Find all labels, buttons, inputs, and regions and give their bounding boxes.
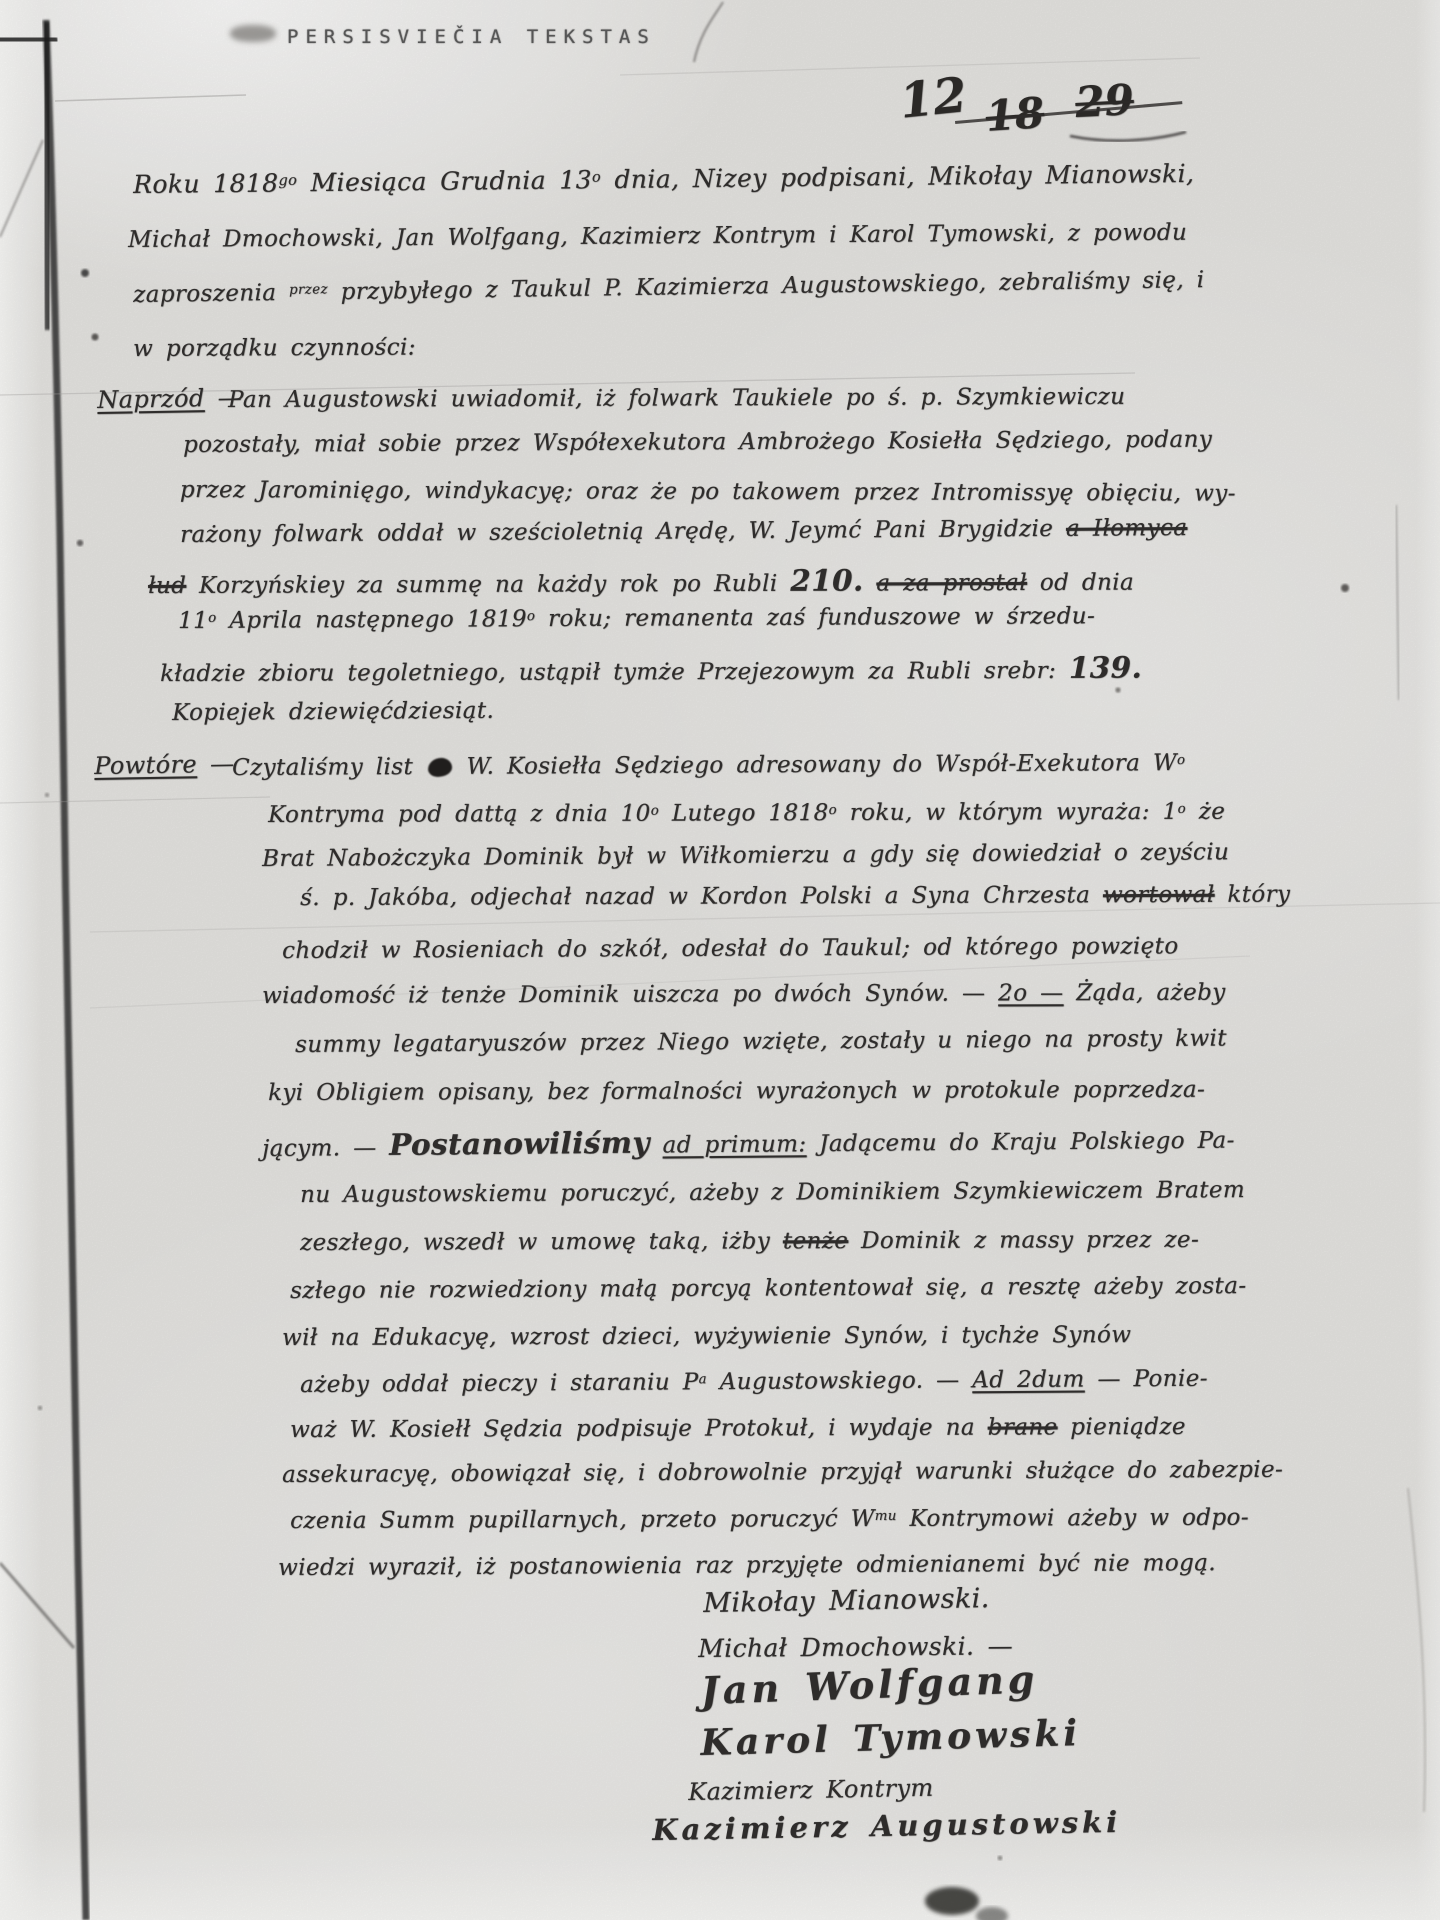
manuscript-line: kyi Obligiem opisany, bez formalności wy…	[268, 1077, 1205, 1106]
handwritten-text-segment: Lutego 1818	[659, 800, 829, 827]
manuscript-line: Kopiejek dziewięćdziesiąt.	[172, 698, 494, 726]
manuscript-line: Czytaliśmy list W. Kosiełła Sędziego adr…	[232, 750, 1185, 781]
manuscript-line: szłego nie rozwiedziony małą porcyą kont…	[290, 1273, 1247, 1304]
handwritten-text-segment: Kazimierz Augustowski	[652, 1805, 1121, 1847]
handwritten-text-segment: 139.	[1069, 650, 1142, 685]
handwritten-text-segment: czenia Summ pupillarnych, przeto poruczy…	[290, 1506, 875, 1534]
manuscript-line: nu Augustowskiemu poruczyć, ażeby z Domi…	[300, 1177, 1245, 1208]
handwritten-text-segment: wortował	[1103, 882, 1215, 908]
handwritten-text-segment: 210.	[790, 563, 863, 598]
margin-note: Powtóre —	[94, 750, 235, 780]
manuscript-line: wiedzi wyraził, iż postanowienia raz prz…	[278, 1550, 1216, 1581]
handwritten-text-segment: 11	[178, 608, 208, 634]
manuscript-line: Roku 1818go Miesiąca Grudnia 13o dnia, N…	[133, 159, 1194, 199]
manuscript-line: rażony folwark oddał w sześcioletnią Arę…	[180, 515, 1187, 548]
manuscript-line: Pan Augustowski uwiadomił, iż folwark Ta…	[228, 384, 1125, 413]
handwritten-text-segment: a za prostał	[876, 570, 1027, 597]
manuscript-line: Brat Nabożczyka Dominik był w Wiłkomierz…	[262, 839, 1229, 872]
handwritten-text-segment: a	[699, 1372, 707, 1387]
manuscript-line: łud Korzyńskiey za summę na każdy rok po…	[148, 562, 1134, 600]
manuscript-line: waż W. Kosiełł Sędzia podpisuje Protokuł…	[290, 1414, 1186, 1443]
signature-line: Mikołay Mianowski.	[703, 1583, 990, 1619]
manuscript-line: Michał Dmochowski, Jan Wolfgang, Kazimie…	[128, 220, 1187, 253]
handwritten-text-segment: o	[1178, 802, 1186, 817]
handwritten-text-segment: ażeby oddał pieczy i staraniu P	[300, 1369, 699, 1398]
handwritten-text-segment: Czytaliśmy list	[232, 754, 426, 781]
handwritten-text-segment: Brat Nabożczyka Dominik był w Wiłkomierz…	[262, 839, 1229, 872]
handwritten-text-segment: brane	[988, 1414, 1058, 1440]
bottom-ink-stain	[976, 1907, 1008, 1920]
handwritten-text-segment: go	[278, 173, 297, 189]
ink-speck	[92, 334, 99, 341]
ink-speck	[38, 1406, 42, 1410]
handwritten-text-segment: Aprila następnego 1819	[217, 606, 527, 634]
handwritten-text-segment: wiedzi wyraził, iż postanowienia raz prz…	[278, 1550, 1216, 1581]
handwritten-text-segment: tenże	[783, 1228, 848, 1254]
diagonal-crease-bottom-left	[0, 1563, 74, 1648]
handwritten-text-segment: Naprzód	[97, 384, 205, 414]
handwritten-text-segment: waż W. Kosiełł Sędzia podpisuje Protokuł…	[290, 1415, 988, 1443]
binding-thread-top-segment	[45, 22, 49, 330]
handwritten-text-segment: Korzyńskiey za summę na każdy rok po Rub…	[186, 571, 790, 599]
crease-line	[55, 95, 246, 101]
handwritten-text-segment: — Ponie-	[1085, 1366, 1208, 1393]
handwritten-text-segment: Jadącemu do Kraju Polskiego Pa-	[806, 1128, 1234, 1158]
signature-line: Kazimierz Kontrym	[688, 1774, 934, 1806]
handwritten-text-segment: Postanowiliśmy	[389, 1125, 650, 1162]
binding-thread-line	[46, 20, 86, 1920]
bottom-ink-stain	[925, 1887, 979, 1915]
handwritten-text-segment: wił na Edukacyę, wzrost dzieci, wyżywien…	[282, 1322, 1131, 1351]
handwritten-text-segment: zeszłego, wszedł w umowę taką, iżby	[300, 1228, 783, 1256]
handwritten-text-segment: łud	[148, 573, 186, 599]
manuscript-line: w porządku czynności:	[133, 335, 416, 362]
page-number-crossed-second: 29	[1074, 75, 1135, 127]
handwritten-text-segment: roku; remanenta zaś funduszowe w śrzedu-	[535, 603, 1095, 632]
handwritten-text-segment: kyi Obligiem opisany, bez formalności wy…	[268, 1077, 1205, 1106]
handwritten-text-segment: ad primum:	[662, 1131, 806, 1158]
manuscript-line: zaproszenia przez przybyłego z Taukul P.…	[133, 267, 1205, 308]
handwritten-text-segment: przez	[289, 282, 328, 298]
signature-line: Jan Wolfgang	[700, 1656, 1039, 1713]
manuscript-line: wił na Edukacyę, wzrost dzieci, wyżywien…	[282, 1322, 1131, 1351]
handwritten-text-segment: Dominik z massy przez ze-	[848, 1227, 1199, 1254]
typewritten-stamp: PERSISVIEČIA TEKSTAS	[287, 26, 656, 48]
manuscript-line: zeszłego, wszedł w umowę taką, iżby tenż…	[300, 1227, 1199, 1256]
stamp-ink-smudge	[230, 25, 276, 42]
handwritten-text-segment: jącym. —	[262, 1135, 389, 1162]
handwritten-text-segment: Powtóre	[94, 750, 197, 780]
handwritten-text-segment	[864, 570, 877, 596]
handwritten-text-segment: summy legataryuszów przez Niego wzięte, …	[295, 1025, 1227, 1058]
left-corner-mark	[0, 38, 52, 41]
handwritten-text-segment: Kontrymowi ażeby w odpo-	[897, 1505, 1249, 1532]
manuscript-line: assekuracyę, obowiązał się, i dobrowolni…	[282, 1457, 1283, 1488]
manuscript-line: jącym. — Postanowiliśmy ad primum: Jadąc…	[262, 1120, 1235, 1163]
handwritten-text-segment: nu Augustowskiemu poruczyć, ażeby z Domi…	[300, 1177, 1245, 1208]
ink-speck	[1341, 584, 1349, 592]
ink-speck	[1115, 687, 1120, 692]
handwritten-text-segment: roku, w którym wyraża: 1	[837, 799, 1178, 826]
handwritten-text-segment: pieniądze	[1057, 1414, 1185, 1440]
handwritten-text-segment: wiadomość iż tenże Dominik uiszcza po dw…	[262, 980, 998, 1009]
right-edge-crease	[1396, 505, 1399, 700]
handwritten-text-segment: o	[592, 170, 601, 186]
scanned-document-page: PERSISVIEČIA TEKSTAS 12 18 29 Naprzód —P…	[0, 0, 1440, 1920]
manuscript-line: kładzie zbioru tegoletniego, ustąpił tym…	[160, 650, 1142, 688]
bottom-right-crease	[1408, 1488, 1425, 1812]
handwritten-text-segment: assekuracyę, obowiązał się, i dobrowolni…	[282, 1457, 1283, 1488]
handwritten-text-segment: a Iłomyca	[1066, 515, 1188, 542]
manuscript-line: Kontryma pod dattą z dnia 10o Lutego 181…	[268, 799, 1225, 828]
ink-speck	[998, 1856, 1003, 1861]
handwritten-text-segment: Ad 2dum	[972, 1367, 1085, 1394]
handwritten-text-segment: dnia, Nizey podpisani, Mikołay Mianowski…	[601, 159, 1194, 194]
handwritten-text-segment: —	[197, 750, 235, 779]
handwritten-text-segment: Jan Wolfgang	[700, 1656, 1039, 1713]
manuscript-line: pozostały, miał sobie przez Współexekuto…	[183, 427, 1212, 458]
handwritten-text-segment: że	[1186, 799, 1225, 825]
manuscript-line: przez Jarominięgo, windykacyę; oraz że p…	[180, 477, 1236, 507]
handwritten-text-segment: Roku 1818	[133, 168, 279, 199]
ink-speck	[45, 793, 49, 797]
handwritten-text-segment: Kopiejek dziewięćdziesiąt.	[172, 698, 494, 726]
manuscript-line: summy legataryuszów przez Niego wzięte, …	[295, 1025, 1227, 1058]
handwritten-text-segment: Żąda, ażeby	[1064, 980, 1226, 1007]
manuscript-line: czenia Summ pupillarnych, przeto poruczy…	[290, 1505, 1249, 1534]
diagonal-crease-top-left	[0, 140, 43, 237]
handwritten-text-segment: Miesiąca Grudnia 13	[297, 165, 592, 197]
handwritten-text-segment: przez Jarominięgo, windykacyę; oraz że p…	[180, 477, 1236, 507]
handwritten-text-segment: 2o —	[998, 980, 1063, 1006]
handwritten-text-segment: Pan Augustowski uwiadomił, iż folwark Ta…	[228, 384, 1125, 413]
handwritten-text-segment: o	[1177, 753, 1186, 768]
page-number-flourish	[1070, 132, 1186, 141]
handwritten-text-segment: o	[829, 803, 837, 818]
handwritten-text-segment: rażony folwark oddał w sześcioletnią Arę…	[180, 516, 1066, 548]
handwritten-text-segment: przybyłego z Taukul P. Kazimierza August…	[328, 267, 1205, 305]
signature-line: Kazimierz Augustowski	[652, 1805, 1121, 1847]
handwritten-text-segment: od dnia	[1027, 570, 1134, 596]
manuscript-line: ażeby oddał pieczy i staraniu Pa Augusto…	[300, 1366, 1208, 1398]
handwritten-text-segment: zaproszenia	[133, 280, 289, 308]
manuscript-line: 11o Aprila następnego 1819o roku; remane…	[178, 603, 1095, 634]
manuscript-line: wiadomość iż tenże Dominik uiszcza po dw…	[262, 980, 1226, 1009]
top-edge-squiggle	[694, 2, 723, 62]
handwritten-text-segment: Augustowskiego. —	[707, 1367, 972, 1395]
handwritten-text-segment: ś. p. Jakóba, odjechał nazad w Kordon Po…	[300, 882, 1103, 911]
manuscript-line: ś. p. Jakóba, odjechał nazad w Kordon Po…	[300, 882, 1290, 911]
manuscript-line: chodził w Rosieniach do szkół, odesłał d…	[282, 933, 1179, 964]
ink-speck	[81, 269, 89, 277]
handwritten-text-segment: o	[208, 611, 217, 626]
handwritten-text-segment: Karol Tymowski	[700, 1712, 1082, 1764]
handwritten-text-segment: o	[651, 804, 659, 819]
handwritten-text-segment: kładzie zbioru tegoletniego, ustąpił tym…	[160, 658, 1069, 687]
signature-line: Karol Tymowski	[700, 1712, 1082, 1764]
handwritten-text-segment: chodził w Rosieniach do szkół, odesłał d…	[282, 933, 1179, 964]
handwritten-text-segment	[650, 1133, 663, 1159]
handwritten-text-segment: mu	[875, 1509, 897, 1524]
ink-blot	[428, 758, 452, 777]
handwritten-text-segment: który	[1215, 882, 1291, 908]
ink-speck	[77, 540, 83, 546]
handwritten-text-segment: szłego nie rozwiedziony małą porcyą kont…	[290, 1273, 1247, 1304]
handwritten-text-segment: Michał Dmochowski, Jan Wolfgang, Kazimie…	[128, 220, 1187, 253]
handwritten-text-segment: Kazimierz Kontrym	[688, 1774, 934, 1806]
crease-line	[0, 797, 270, 803]
handwritten-text-segment: Kontryma pod dattą z dnia 10	[268, 801, 651, 828]
handwritten-text-segment: pozostały, miał sobie przez Współexekuto…	[183, 427, 1212, 458]
handwritten-text-segment: w porządku czynności:	[133, 335, 416, 362]
handwritten-text-segment: W. Kosiełła Sędziego adresowany do Współ…	[454, 750, 1177, 780]
margin-note: Naprzód —	[97, 383, 242, 414]
handwritten-text-segment: Mikołay Mianowski.	[703, 1583, 990, 1619]
